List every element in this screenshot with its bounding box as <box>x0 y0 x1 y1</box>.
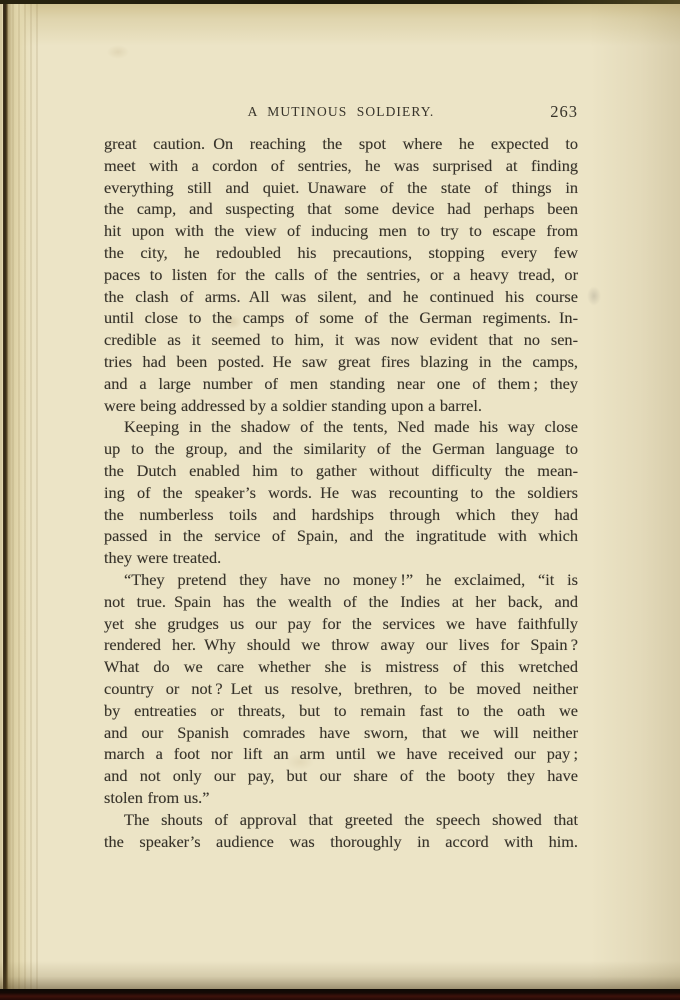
text-line: by entreaties or threats, but to remain … <box>104 700 578 722</box>
text-line: yet she grudges us our pay for the servi… <box>104 613 578 635</box>
text-line: meet with a cordon of sentries, he was s… <box>104 155 578 177</box>
book-page-scan: A MUTINOUS SOLDIERY. 263 great caution. … <box>0 0 680 1000</box>
text-line: the clash of arms. All was silent, and h… <box>104 286 578 308</box>
text-line: rendered her. Why should we throw away o… <box>104 634 578 656</box>
running-header-title: A MUTINOUS SOLDIERY. <box>104 102 578 120</box>
paragraph: Keeping in the shadow of the tents, Ned … <box>104 416 578 569</box>
text-line: credible as it seemed to him, it was now… <box>104 329 578 351</box>
page-number: 263 <box>550 102 578 122</box>
text-line: up to the group, and the similarity of t… <box>104 438 578 460</box>
text-line: until close to the camps of some of the … <box>104 307 578 329</box>
text-line: march a foot nor lift an arm until we ha… <box>104 743 578 765</box>
text-line: were being addressed by a soldier standi… <box>104 395 578 417</box>
paragraph: The shouts of approval that greeted the … <box>104 809 578 853</box>
text-line: the city, he redoubled his precautions, … <box>104 242 578 264</box>
text-line: “They pretend they have no money !” he e… <box>104 569 578 591</box>
text-line: great caution. On reaching the spot wher… <box>104 133 578 155</box>
page-content: A MUTINOUS SOLDIERY. 263 great caution. … <box>104 102 578 852</box>
text-body: great caution. On reaching the spot wher… <box>104 133 578 852</box>
page-top-edge <box>0 0 680 4</box>
running-header: A MUTINOUS SOLDIERY. 263 <box>104 102 578 133</box>
text-line: the Dutch enabled him to gather without … <box>104 460 578 482</box>
book-cover-strip <box>0 989 680 1000</box>
paper-top-shading <box>0 0 680 46</box>
text-line: everything still and quiet. Unaware of t… <box>104 177 578 199</box>
text-line: passed in the service of Spain, and the … <box>104 525 578 547</box>
text-line: the numberless toils and hardships throu… <box>104 504 578 526</box>
text-line: Keeping in the shadow of the tents, Ned … <box>104 416 578 438</box>
text-line: paces to listen for the calls of the sen… <box>104 264 578 286</box>
text-line: the speaker’s audience was thoroughly in… <box>104 831 578 853</box>
text-line: What do we care whether she is mistress … <box>104 656 578 678</box>
binding-edge <box>0 0 38 989</box>
text-line: the camp, and suspecting that some devic… <box>104 198 578 220</box>
text-line: and our Spanish comrades have sworn, tha… <box>104 722 578 744</box>
text-line: and a large number of men standing near … <box>104 373 578 395</box>
text-line: hit upon with the view of inducing men t… <box>104 220 578 242</box>
text-line: and not only our pay, but our share of t… <box>104 765 578 787</box>
text-line: country or not ? Let us resolve, brethre… <box>104 678 578 700</box>
text-line: tries had been posted. He saw great fire… <box>104 351 578 373</box>
text-line: they were treated. <box>104 547 578 569</box>
paragraph: “They pretend they have no money !” he e… <box>104 569 578 809</box>
text-line: not true. Spain has the wealth of the In… <box>104 591 578 613</box>
text-line: ing of the speaker’s words. He was recou… <box>104 482 578 504</box>
paper-bottom-shadow <box>0 961 680 989</box>
paper-right-shading <box>590 0 680 1000</box>
text-line: The shouts of approval that greeted the … <box>104 809 578 831</box>
text-line: stolen from us.” <box>104 787 578 809</box>
paragraph: great caution. On reaching the spot wher… <box>104 133 578 416</box>
